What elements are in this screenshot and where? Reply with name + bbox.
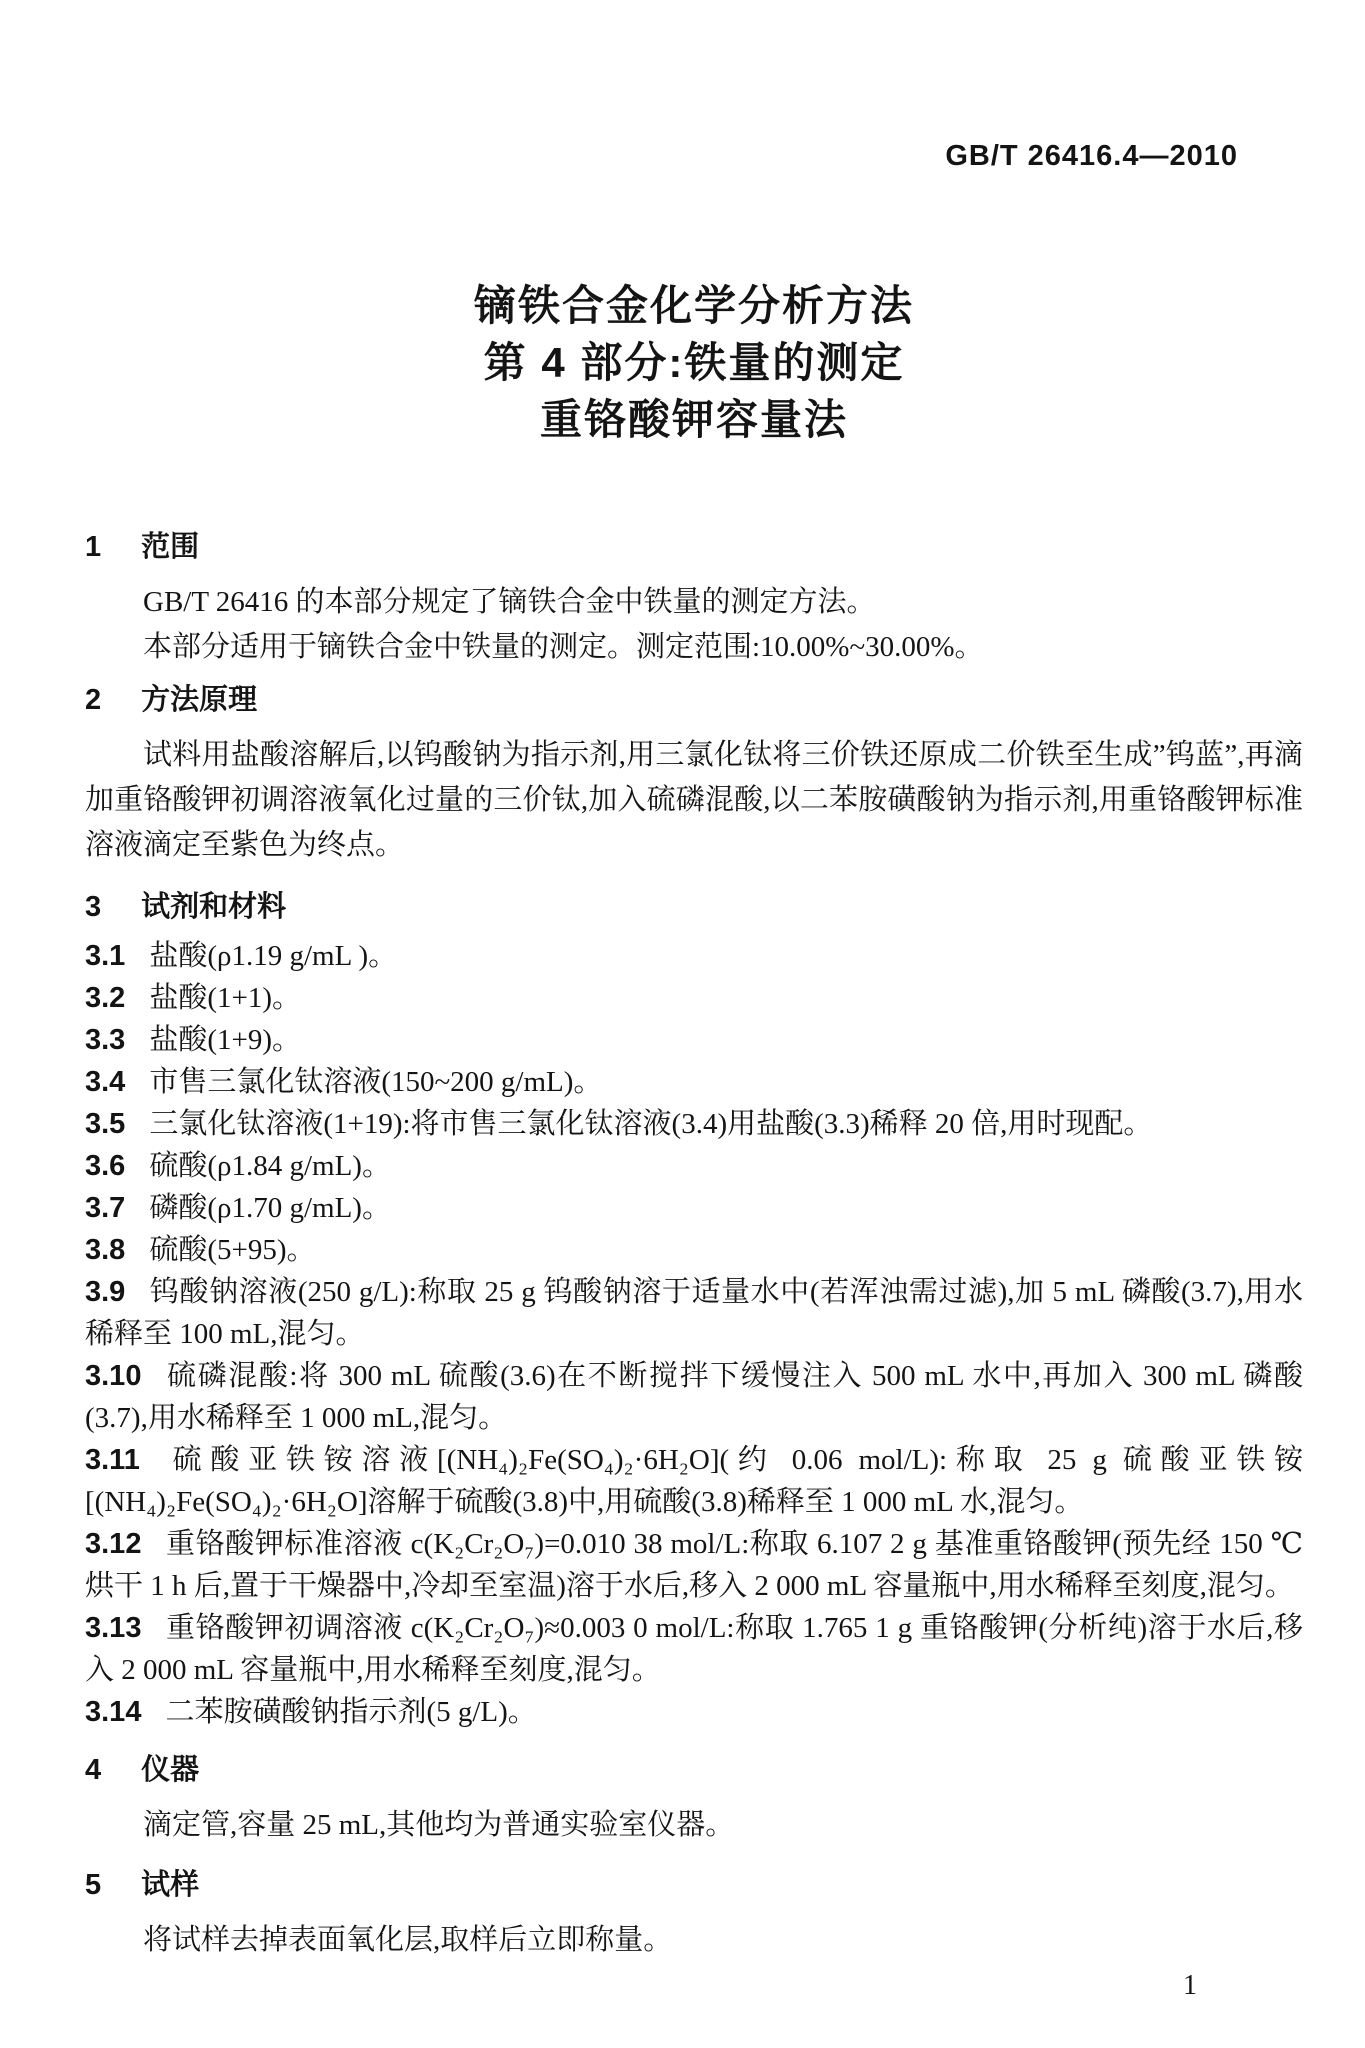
list-item: 3.2盐酸(1+1)。 [85, 977, 1303, 1019]
paragraph: 滴定管,容量 25 mL,其他均为普通实验室仪器。 [85, 1803, 1303, 1848]
title-line-1: 镝铁合金化学分析方法 [85, 277, 1303, 334]
section-apparatus: 4仪器 滴定管,容量 25 mL,其他均为普通实验室仪器。 [85, 1748, 1303, 1848]
item-text: 磷酸(ρ1.70 g/mL)。 [149, 1192, 391, 1224]
section-title: 方法原理 [141, 684, 257, 716]
item-text: 重铬酸钾标准溶液 c(K₂Cr₂O₇)=0.010 38 mol/L:称取 6.… [85, 1528, 1303, 1602]
item-number: 3.12 [85, 1528, 141, 1560]
item-text: 重铬酸钾初调溶液 c(K₂Cr₂O₇)≈0.003 0 mol/L:称取 1.7… [85, 1612, 1303, 1686]
item-text: 二苯胺磺酸钠指示剂(5 g/L)。 [165, 1696, 536, 1728]
title-line-3: 重铬酸钾容量法 [85, 391, 1303, 448]
item-number: 3.5 [85, 1108, 125, 1140]
section-title: 范围 [141, 531, 199, 563]
reagent-list: 3.1盐酸(ρ1.19 g/mL )。 3.2盐酸(1+1)。 3.3盐酸(1+… [85, 935, 1303, 1733]
list-item: 3.8硫酸(5+95)。 [85, 1229, 1303, 1271]
section-number: 5 [85, 1869, 101, 1901]
list-item: 3.1盐酸(ρ1.19 g/mL )。 [85, 935, 1303, 977]
item-number: 3.6 [85, 1150, 125, 1182]
paragraph: 本部分适用于镝铁合金中铁量的测定。测定范围:10.00%~30.00%。 [85, 625, 1303, 670]
list-item: 3.14二苯胺磺酸钠指示剂(5 g/L)。 [85, 1691, 1303, 1733]
section-title: 仪器 [141, 1754, 199, 1786]
item-number: 3.14 [85, 1696, 141, 1728]
document-page: GB/T 26416.4—2010 镝铁合金化学分析方法 第 4 部分:铁量的测… [0, 0, 1365, 2048]
list-item: 3.6硫酸(ρ1.84 g/mL)。 [85, 1145, 1303, 1187]
item-text: 硫酸亚铁铵溶液[(NH₄)₂Fe(SO₄)₂·6H₂O](约 0.06 mol/… [85, 1444, 1303, 1518]
section-number: 1 [85, 531, 101, 563]
list-item: 3.7磷酸(ρ1.70 g/mL)。 [85, 1187, 1303, 1229]
item-number: 3.1 [85, 940, 125, 972]
section-number: 4 [85, 1754, 101, 1786]
item-number: 3.3 [85, 1024, 125, 1056]
item-number: 3.11 [85, 1444, 140, 1476]
paragraph: GB/T 26416 的本部分规定了镝铁合金中铁量的测定方法。 [85, 580, 1303, 625]
item-number: 3.8 [85, 1234, 125, 1266]
section-title: 试样 [141, 1869, 199, 1901]
list-item: 3.9钨酸钠溶液(250 g/L):称取 25 g 钨酸钠溶于适量水中(若浑浊需… [85, 1271, 1303, 1355]
list-item: 3.4市售三氯化钛溶液(150~200 g/mL)。 [85, 1061, 1303, 1103]
section-sample: 5试样 将试样去掉表面氧化层,取样后立即称量。 [85, 1863, 1303, 1963]
section-number: 2 [85, 684, 101, 716]
section-4-heading: 4仪器 [85, 1748, 1303, 1793]
item-text: 硫酸(5+95)。 [149, 1234, 315, 1266]
list-item: 3.13重铬酸钾初调溶液 c(K₂Cr₂O₇)≈0.003 0 mol/L:称取… [85, 1607, 1303, 1691]
item-number: 3.2 [85, 982, 125, 1014]
list-item: 3.11硫酸亚铁铵溶液[(NH₄)₂Fe(SO₄)₂·6H₂O](约 0.06 … [85, 1439, 1303, 1523]
item-number: 3.7 [85, 1192, 125, 1224]
section-principle: 2方法原理 试料用盐酸溶解后,以钨酸钠为指示剂,用三氯化钛将三价铁还原成二价铁至… [85, 678, 1303, 868]
section-title: 试剂和材料 [141, 891, 286, 923]
item-text: 盐酸(ρ1.19 g/mL )。 [149, 940, 397, 972]
section-1-heading: 1范围 [85, 525, 1303, 570]
item-text: 硫酸(ρ1.84 g/mL)。 [149, 1150, 391, 1182]
item-number: 3.13 [85, 1612, 141, 1644]
title-line-2: 第 4 部分:铁量的测定 [85, 334, 1303, 391]
section-3-heading: 3试剂和材料 [85, 885, 1303, 930]
item-text: 盐酸(1+1)。 [149, 982, 301, 1014]
list-item: 3.12重铬酸钾标准溶液 c(K₂Cr₂O₇)=0.010 38 mol/L:称… [85, 1523, 1303, 1607]
item-number: 3.9 [85, 1276, 125, 1308]
section-2-heading: 2方法原理 [85, 678, 1303, 723]
list-item: 3.3盐酸(1+9)。 [85, 1019, 1303, 1061]
item-text: 三氯化钛溶液(1+19):将市售三氯化钛溶液(3.4)用盐酸(3.3)稀释 20… [149, 1108, 1152, 1140]
section-5-heading: 5试样 [85, 1863, 1303, 1908]
item-text: 盐酸(1+9)。 [149, 1024, 301, 1056]
paragraph: 将试样去掉表面氧化层,取样后立即称量。 [85, 1918, 1303, 1963]
item-text: 市售三氯化钛溶液(150~200 g/mL)。 [149, 1066, 602, 1098]
section-reagents: 3试剂和材料 3.1盐酸(ρ1.19 g/mL )。 3.2盐酸(1+1)。 3… [85, 885, 1303, 1733]
item-text: 钨酸钠溶液(250 g/L):称取 25 g 钨酸钠溶于适量水中(若浑浊需过滤)… [85, 1276, 1303, 1350]
item-number: 3.4 [85, 1066, 125, 1098]
paragraph: 试料用盐酸溶解后,以钨酸钠为指示剂,用三氯化钛将三价铁还原成二价铁至生成”钨蓝”… [85, 733, 1303, 868]
document-title: 镝铁合金化学分析方法 第 4 部分:铁量的测定 重铬酸钾容量法 [85, 277, 1303, 448]
list-item: 3.10硫磷混酸:将 300 mL 硫酸(3.6)在不断搅拌下缓慢注入 500 … [85, 1355, 1303, 1439]
section-number: 3 [85, 891, 101, 923]
page-number: 1 [1183, 1972, 1197, 2000]
item-text: 硫磷混酸:将 300 mL 硫酸(3.6)在不断搅拌下缓慢注入 500 mL 水… [85, 1360, 1303, 1434]
section-scope: 1范围 GB/T 26416 的本部分规定了镝铁合金中铁量的测定方法。 本部分适… [85, 525, 1303, 670]
list-item: 3.5三氯化钛溶液(1+19):将市售三氯化钛溶液(3.4)用盐酸(3.3)稀释… [85, 1103, 1303, 1145]
standard-code: GB/T 26416.4—2010 [85, 140, 1303, 172]
item-number: 3.10 [85, 1360, 141, 1392]
